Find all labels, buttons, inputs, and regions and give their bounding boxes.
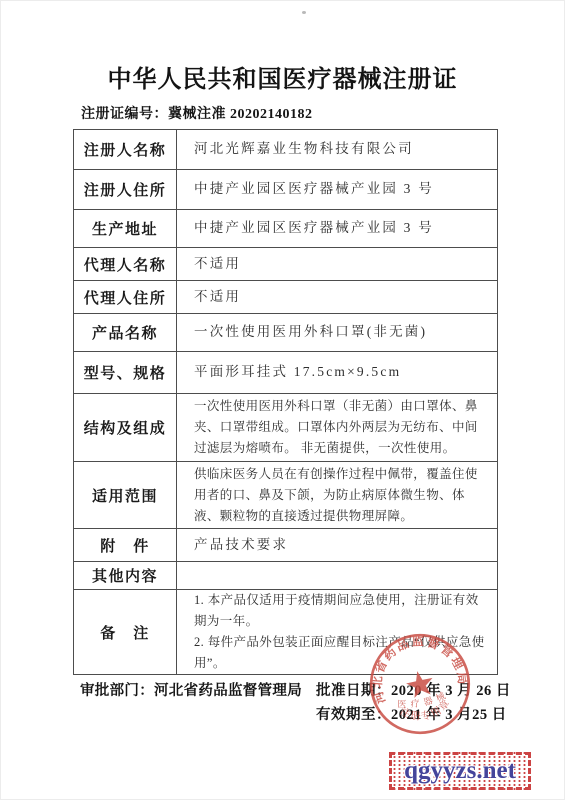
page-title: 中华人民共和国医疗器械注册证: [1, 59, 564, 94]
row-value: 中捷产业园区医疗器械产业园 3 号: [177, 210, 497, 247]
row-label: 注册人住所: [74, 170, 177, 209]
table-row: 注册人名称 河北光辉嘉业生物科技有限公司: [74, 130, 497, 170]
row-label: 生产地址: [74, 210, 177, 247]
row-value: 中捷产业园区医疗器械产业园 3 号: [177, 170, 497, 209]
valid-until-date: 有效期至：2021 年 3 月25 日: [316, 703, 507, 724]
row-label: 适用范围: [74, 462, 177, 528]
row-label: 代理人名称: [74, 248, 177, 280]
scan-speck: [302, 11, 306, 14]
row-value: 平面形耳挂式 17.5cm×9.5cm: [177, 352, 497, 393]
row-label: 附 件: [74, 529, 177, 561]
table-row: 注册人住所 中捷产业园区医疗器械产业园 3 号: [74, 170, 497, 210]
row-value: 一次性使用医用外科口罩（非无菌）由口罩体、鼻夹、口罩带组成。口罩体内外两层为无纺…: [177, 394, 497, 461]
registration-number: 注册证编号：冀械注准 20202140182: [81, 103, 313, 123]
row-label: 注册人名称: [74, 130, 177, 169]
row-label: 其他内容: [74, 562, 177, 589]
table-row: 代理人住所 不适用: [74, 281, 497, 314]
table-row: 产品名称 一次性使用医用外科口罩(非无菌): [74, 314, 497, 352]
certificate-table: 注册人名称 河北光辉嘉业生物科技有限公司 注册人住所 中捷产业园区医疗器械产业园…: [73, 129, 498, 675]
approval-department-value: 河北省药品监督管理局: [154, 683, 302, 699]
valid-until-value: 2021 年 3 月25 日: [391, 707, 507, 723]
site-watermark-text: qgyyzs.net: [404, 757, 516, 785]
table-row: 生产地址 中捷产业园区医疗器械产业园 3 号: [74, 210, 497, 248]
row-value: [177, 562, 497, 589]
table-row: 附 件 产品技术要求: [74, 529, 497, 562]
table-row: 型号、规格 平面形耳挂式 17.5cm×9.5cm: [74, 352, 497, 394]
approval-date-label: 批准日期：: [316, 683, 391, 699]
row-value: 1. 本产品仅适用于疫情期间应急使用，注册证有效期为一年。 2. 每件产品外包装…: [177, 590, 497, 674]
approval-department: 审批部门：河北省药品监督管理局: [80, 679, 302, 700]
table-row: 代理人名称 不适用: [74, 248, 497, 281]
site-watermark: qgyyzs.net: [389, 752, 531, 790]
approval-date-value: 2020 年 3 月 26 日: [391, 683, 511, 699]
approval-department-label: 审批部门：: [80, 683, 154, 699]
table-row: 适用范围 供临床医务人员在有创操作过程中佩带，覆盖住使用者的口、鼻及下颌，为防止…: [74, 462, 497, 529]
row-value: 河北光辉嘉业生物科技有限公司: [177, 130, 497, 169]
table-row: 备 注 1. 本产品仅适用于疫情期间应急使用，注册证有效期为一年。 2. 每件产…: [74, 590, 497, 674]
registration-number-label: 注册证编号：: [81, 107, 168, 122]
approval-date: 批准日期：2020 年 3 月 26 日: [316, 679, 511, 700]
certificate-page: 中华人民共和国医疗器械注册证 注册证编号：冀械注准 20202140182 注册…: [0, 0, 565, 800]
row-value: 产品技术要求: [177, 529, 497, 561]
table-row: 其他内容: [74, 562, 497, 590]
valid-until-label: 有效期至：: [316, 707, 391, 723]
row-label: 结构及组成: [74, 394, 177, 461]
row-value: 不适用: [177, 248, 497, 280]
row-value: 不适用: [177, 281, 497, 313]
table-row: 结构及组成 一次性使用医用外科口罩（非无菌）由口罩体、鼻夹、口罩带组成。口罩体内…: [74, 394, 497, 462]
row-label: 型号、规格: [74, 352, 177, 393]
row-label: 备 注: [74, 590, 177, 674]
row-value: 供临床医务人员在有创操作过程中佩带，覆盖住使用者的口、鼻及下颌，为防止病原体微生…: [177, 462, 497, 528]
registration-number-value: 冀械注准 20202140182: [168, 107, 313, 122]
row-value: 一次性使用医用外科口罩(非无菌): [177, 314, 497, 351]
row-label: 产品名称: [74, 314, 177, 351]
row-label: 代理人住所: [74, 281, 177, 313]
